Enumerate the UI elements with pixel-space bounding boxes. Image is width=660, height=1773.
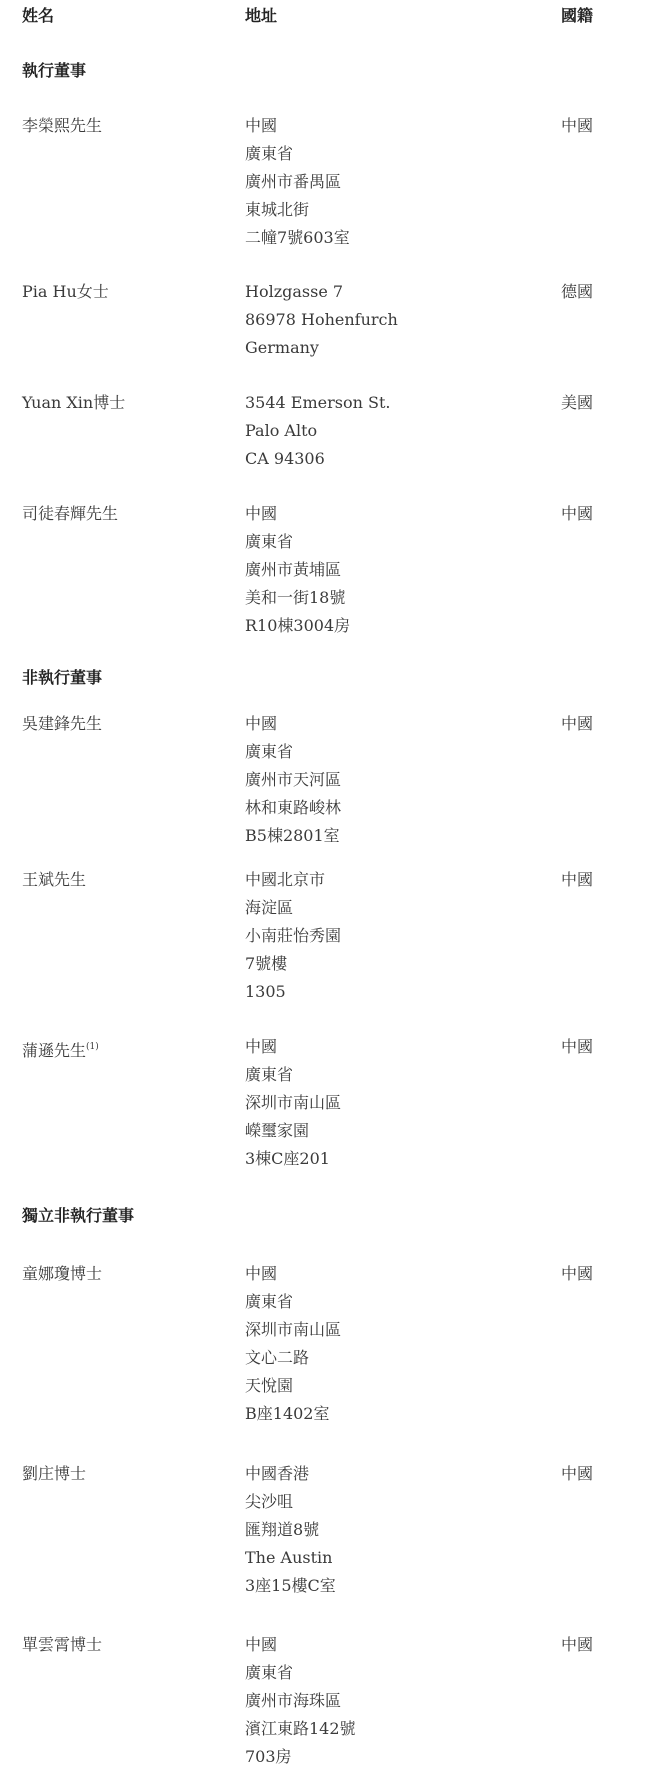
address-line: 海淀區 <box>245 894 341 922</box>
director-name-text: 童娜瓊博士 <box>22 1264 102 1283</box>
address-line: 嶸璽家園 <box>245 1117 341 1145</box>
address-line: 二幢7號603室 <box>245 224 350 252</box>
director-name: 劉庄博士 <box>22 1460 86 1488</box>
director-address: 中國廣東省廣州市海珠區濱江東路142號703房 <box>245 1631 356 1771</box>
address-line: 86978 Hohenfurch <box>245 306 398 334</box>
director-name-text: 吳建鋒先生 <box>22 714 102 733</box>
address-line: 廣東省 <box>245 528 350 556</box>
address-line: 美和一街18號 <box>245 584 350 612</box>
address-line: 3棟C座201 <box>245 1145 341 1173</box>
director-address: 中國廣東省深圳市南山區文心二路天悅園B座1402室 <box>245 1260 341 1428</box>
director-address: 中國廣東省廣州市天河區林和東路峻林B5棟2801室 <box>245 710 341 850</box>
director-nationality: 中國 <box>561 1631 593 1659</box>
address-line: 廣州市海珠區 <box>245 1687 356 1715</box>
director-name: 李榮熙先生 <box>22 112 102 140</box>
address-line: 中國 <box>245 1033 341 1061</box>
director-nationality: 中國 <box>561 1460 593 1488</box>
director-name-text: 劉庄博士 <box>22 1464 86 1483</box>
director-nationality: 德國 <box>561 278 593 306</box>
address-line: 濱江東路142號 <box>245 1715 356 1743</box>
address-line: CA 94306 <box>245 445 390 473</box>
address-line: B座1402室 <box>245 1400 341 1428</box>
director-nationality: 中國 <box>561 710 593 738</box>
director-name: Yuan Xin博士 <box>22 389 125 417</box>
address-line: 廣東省 <box>245 140 350 168</box>
director-address: 中國廣東省廣州市黃埔區美和一街18號R10棟3004房 <box>245 500 350 640</box>
director-name-text: 司徒春輝先生 <box>22 504 118 523</box>
address-line: 東城北街 <box>245 196 350 224</box>
director-nationality: 中國 <box>561 1033 593 1061</box>
address-line: 廣州市天河區 <box>245 766 341 794</box>
address-line: 703房 <box>245 1743 356 1771</box>
address-line: 中國 <box>245 1631 356 1659</box>
address-line: 中國 <box>245 112 350 140</box>
address-line: Palo Alto <box>245 417 390 445</box>
director-nationality: 中國 <box>561 1260 593 1288</box>
address-line: 中國 <box>245 1260 341 1288</box>
address-line: 廣東省 <box>245 1288 341 1316</box>
director-name: 童娜瓊博士 <box>22 1260 102 1288</box>
address-line: 廣州市黃埔區 <box>245 556 350 584</box>
director-name-text: 李榮熙先生 <box>22 116 102 135</box>
address-line: 匯翔道8號 <box>245 1516 336 1544</box>
director-nationality: 中國 <box>561 112 593 140</box>
director-name: Pia Hu女士 <box>22 278 109 306</box>
address-line: 7號樓 <box>245 950 341 978</box>
address-line: 廣東省 <box>245 1061 341 1089</box>
address-line: Holzgasse 7 <box>245 278 398 306</box>
address-line: R10棟3004房 <box>245 612 350 640</box>
address-line: 廣東省 <box>245 1659 356 1687</box>
director-address: Holzgasse 786978 HohenfurchGermany <box>245 278 398 362</box>
section-title: 執行董事 <box>22 58 86 81</box>
director-name-text: 王斌先生 <box>22 870 86 889</box>
director-name: 司徒春輝先生 <box>22 500 118 528</box>
address-line: 小南莊怡秀園 <box>245 922 341 950</box>
director-nationality: 中國 <box>561 866 593 894</box>
address-line: 中國 <box>245 500 350 528</box>
director-name-text: 蒲遜先生 <box>22 1041 86 1060</box>
director-name-text: Pia Hu女士 <box>22 282 109 301</box>
address-line: 中國香港 <box>245 1460 336 1488</box>
column-header-nationality: 國籍 <box>561 3 593 26</box>
address-line: 林和東路峻林 <box>245 794 341 822</box>
director-address: 中國香港尖沙咀匯翔道8號The Austin3座15樓C室 <box>245 1460 336 1600</box>
director-name: 王斌先生 <box>22 866 86 894</box>
footnote-marker: (1) <box>86 1042 99 1052</box>
director-address: 中國北京市海淀區小南莊怡秀園7號樓1305 <box>245 866 341 1006</box>
director-address: 中國廣東省深圳市南山區嶸璽家園3棟C座201 <box>245 1033 341 1173</box>
address-line: 3座15樓C室 <box>245 1572 336 1600</box>
address-line: 中國 <box>245 710 341 738</box>
director-nationality: 中國 <box>561 500 593 528</box>
director-name-text: Yuan Xin博士 <box>22 393 125 412</box>
address-line: 文心二路 <box>245 1344 341 1372</box>
address-line: 尖沙咀 <box>245 1488 336 1516</box>
column-header-name: 姓名 <box>22 3 54 26</box>
director-name: 蒲遜先生(1) <box>22 1033 99 1065</box>
address-line: 廣州市番禺區 <box>245 168 350 196</box>
address-line: 深圳市南山區 <box>245 1089 341 1117</box>
address-line: Germany <box>245 334 398 362</box>
address-line: B5棟2801室 <box>245 822 341 850</box>
director-address: 3544 Emerson St.Palo AltoCA 94306 <box>245 389 390 473</box>
address-line: 3544 Emerson St. <box>245 389 390 417</box>
address-line: 廣東省 <box>245 738 341 766</box>
director-name: 單雲霄博士 <box>22 1631 102 1659</box>
director-nationality: 美國 <box>561 389 593 417</box>
column-header-address: 地址 <box>245 3 277 26</box>
director-name-text: 單雲霄博士 <box>22 1635 102 1654</box>
address-line: 深圳市南山區 <box>245 1316 341 1344</box>
address-line: The Austin <box>245 1544 336 1572</box>
section-title: 非執行董事 <box>22 665 102 688</box>
address-line: 中國北京市 <box>245 866 341 894</box>
section-title: 獨立非執行董事 <box>22 1203 134 1226</box>
address-line: 1305 <box>245 978 341 1006</box>
director-name: 吳建鋒先生 <box>22 710 102 738</box>
address-line: 天悅園 <box>245 1372 341 1400</box>
director-address: 中國廣東省廣州市番禺區東城北街二幢7號603室 <box>245 112 350 252</box>
